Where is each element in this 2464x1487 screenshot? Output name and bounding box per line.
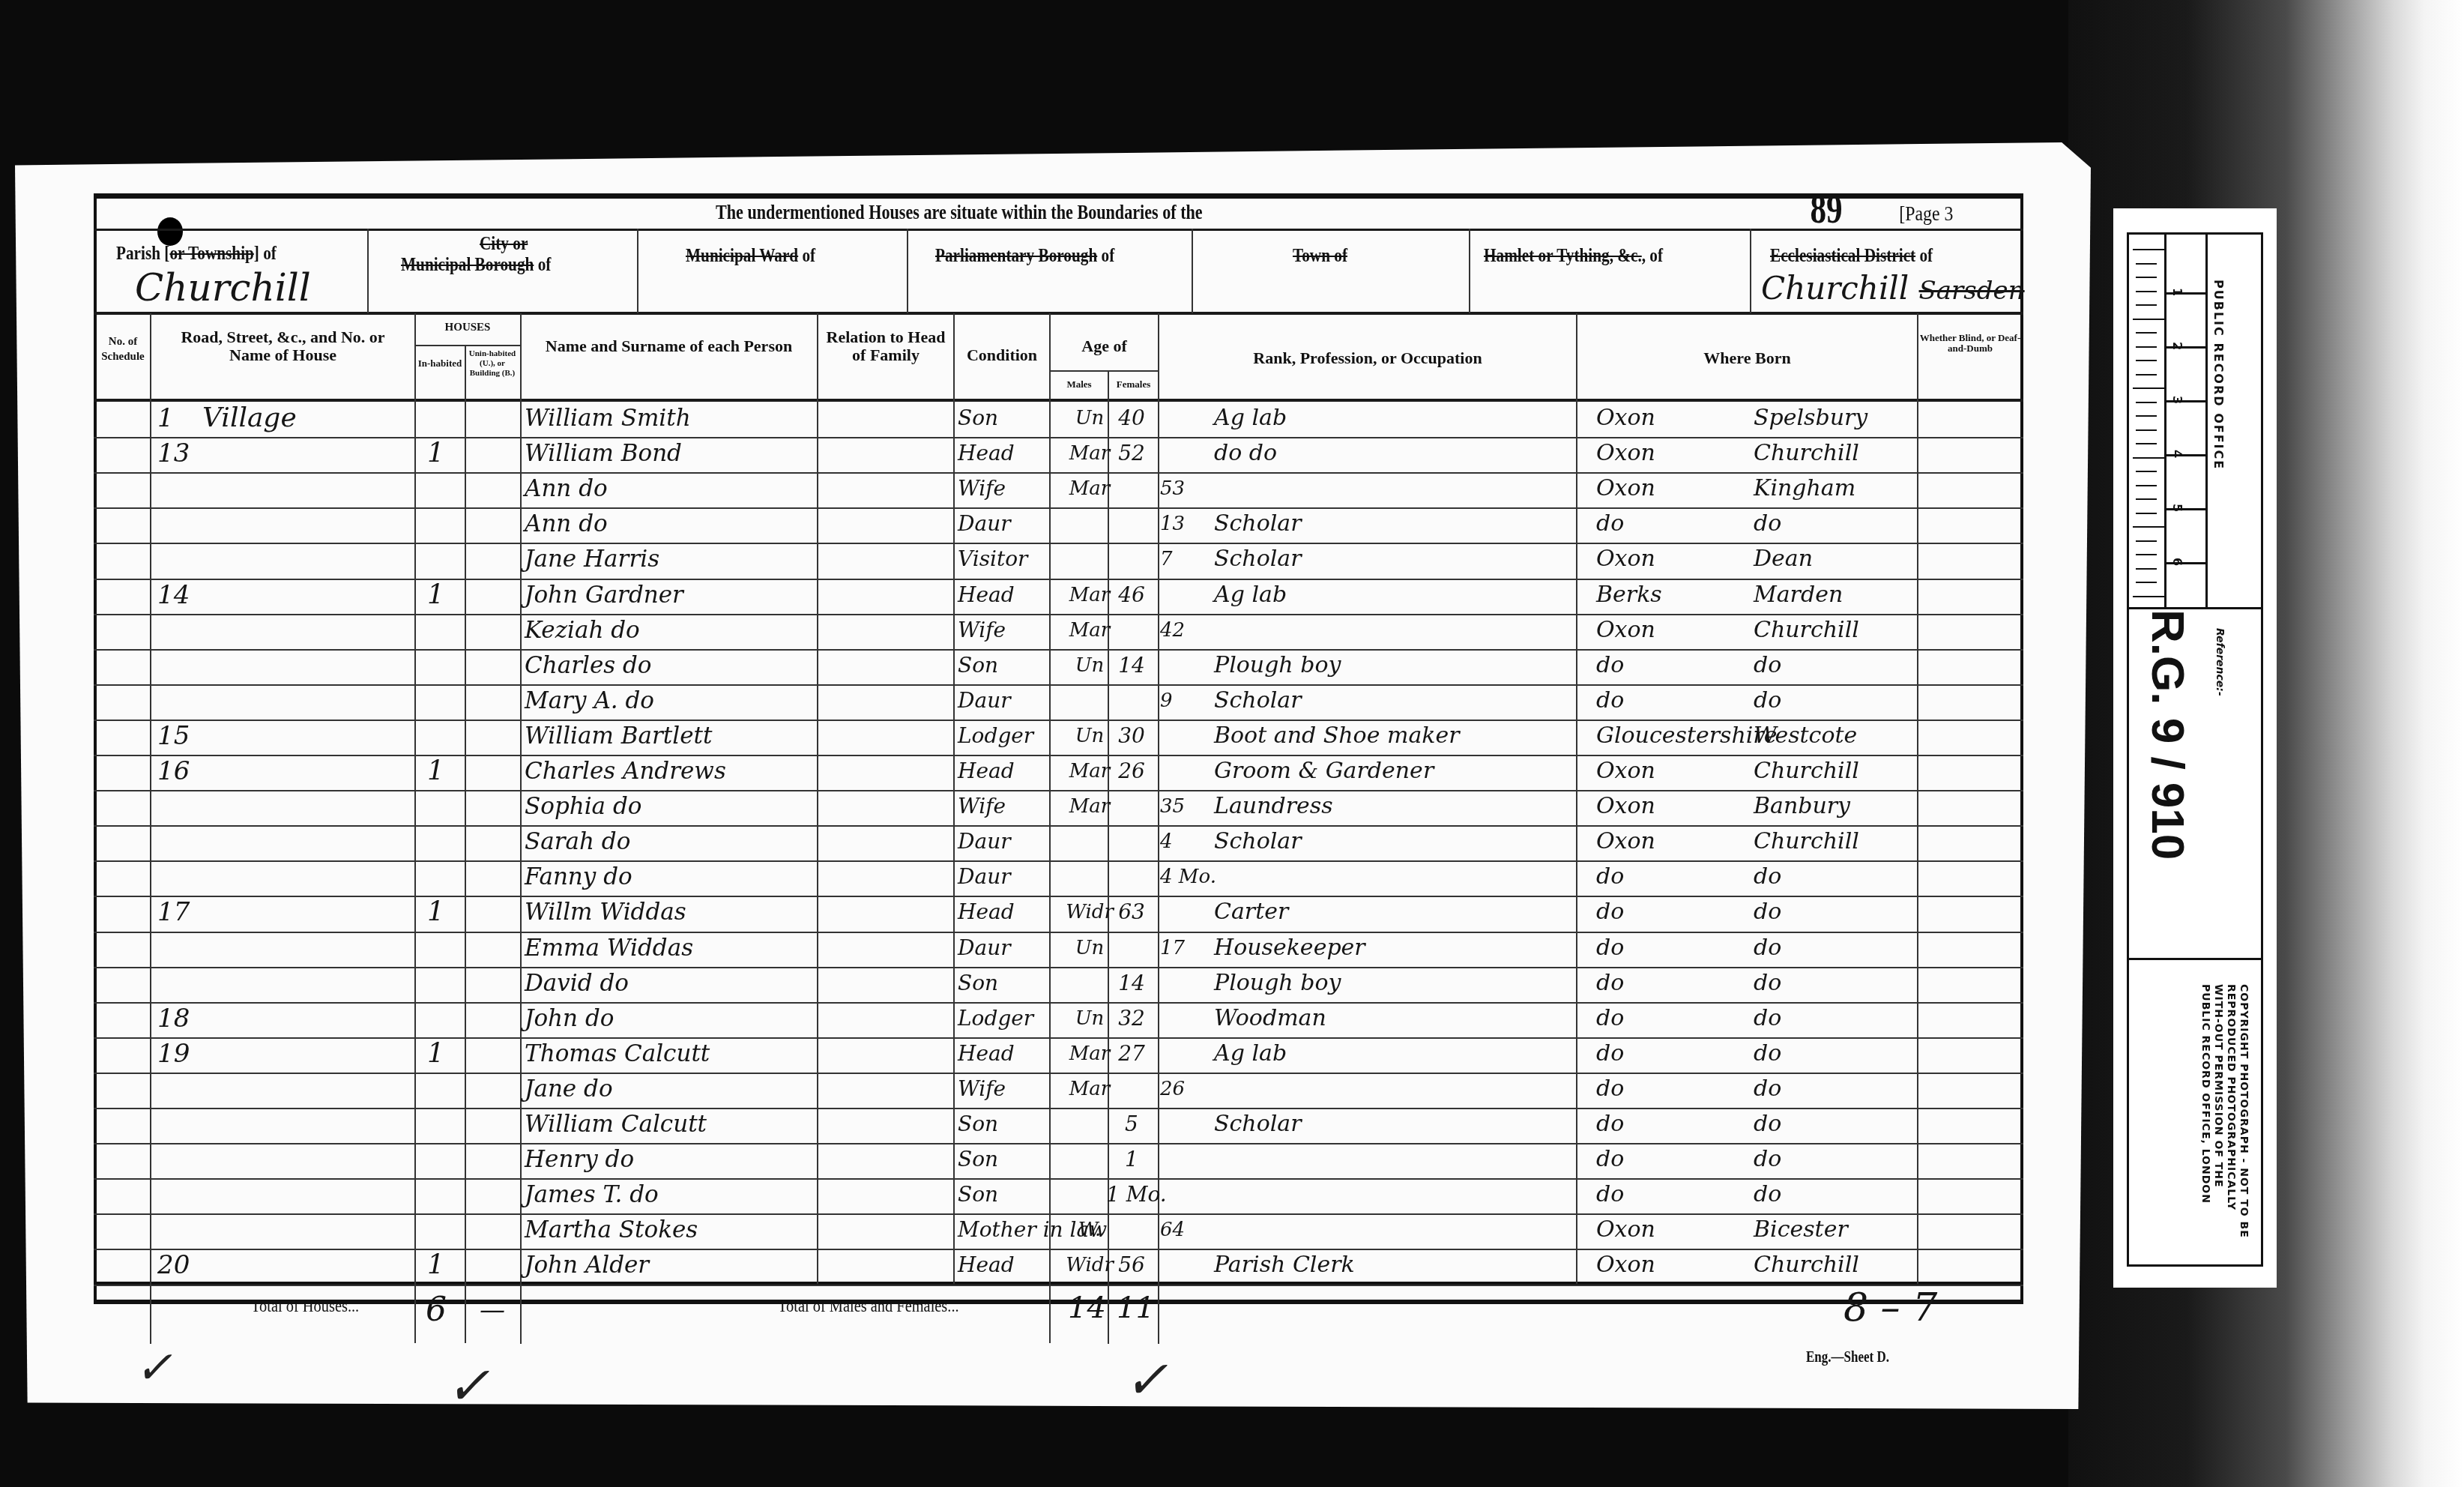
cell-occupation: Housekeeper — [1214, 932, 1566, 965]
cell-born-county: do — [1596, 684, 1754, 717]
cell-condition: Mar — [1052, 790, 1127, 823]
cell-relation: Lodger — [958, 720, 1051, 752]
cell-born-place: do — [1754, 1002, 1915, 1035]
cell-inhabited: 1 — [427, 579, 457, 612]
reference-label: Reference:- — [2214, 628, 2226, 696]
cell-schedule: 1 — [157, 402, 202, 435]
col-name: Name and Surname of each Person — [536, 337, 802, 355]
town-label: Town of — [1293, 246, 1347, 267]
cell-born-county: do — [1596, 1002, 1754, 1035]
divider — [465, 346, 466, 1343]
cell-name: Mary A. do — [525, 684, 817, 717]
cell-occupation: Scholar — [1214, 684, 1566, 717]
ruler-tick — [2136, 582, 2157, 583]
cell-born-county: Oxon — [1596, 437, 1754, 470]
cell-born-place: do — [1754, 1108, 1915, 1141]
cell-schedule: 15 — [157, 720, 202, 752]
divider — [1049, 1283, 1051, 1343]
cell-occupation: Scholar — [1214, 543, 1566, 576]
divider — [94, 229, 2023, 231]
cell-female-age: 42 — [1160, 614, 1213, 647]
cell-condition: W. — [1052, 1213, 1127, 1246]
cell-schedule: 16 — [157, 755, 202, 788]
cell-inhabited: 1 — [427, 437, 457, 470]
cell-born-place: do — [1754, 507, 1915, 540]
cell-relation: Daur — [958, 932, 1051, 965]
col-occupation: Rank, Profession, or Occupation — [1159, 349, 1576, 367]
cell-born-place: Banbury — [1754, 790, 1915, 823]
cell-born-place: do — [1754, 1178, 1915, 1211]
divider — [953, 313, 955, 1284]
cell-born-county: Oxon — [1596, 614, 1754, 647]
cell-relation: Son — [958, 1143, 1051, 1176]
cell-born-place: Kingham — [1754, 472, 1915, 505]
ruler-cm-mark — [2164, 454, 2208, 456]
cell-female-age: 4 Mo. — [1160, 860, 1213, 893]
cell-relation: Mother in law — [958, 1213, 1051, 1246]
cell-male-age: 30 — [1106, 720, 1157, 752]
cell-schedule: 20 — [157, 1249, 202, 1282]
cell-relation: Daur — [958, 684, 1051, 717]
cell-born-county: Oxon — [1596, 472, 1754, 505]
cell-name: Ann do — [525, 507, 817, 540]
parish-label: Parish [or Township] of — [116, 244, 277, 265]
divider — [1469, 229, 1470, 313]
archive-reference-strip: 123456 PUBLIC RECORD OFFICE Reference:- … — [2113, 208, 2277, 1288]
col-age: Age of — [1051, 337, 1158, 355]
ruler-tick — [2133, 319, 2164, 320]
cell-born-place: do — [1754, 860, 1915, 893]
cell-relation: Son — [958, 1108, 1051, 1141]
cell-female-age: 4 — [1160, 825, 1213, 858]
cell-inhabited: 1 — [427, 1037, 457, 1070]
cell-name: James T. do — [525, 1178, 817, 1211]
cell-name: Martha Stokes — [525, 1213, 817, 1246]
cell-born-county: do — [1596, 896, 1754, 929]
divider — [1750, 229, 1751, 313]
cell-schedule: 18 — [157, 1002, 202, 1035]
cell-born-county: do — [1596, 932, 1754, 965]
ruler-tick — [2136, 498, 2157, 500]
cell-born-county: Oxon — [1596, 1213, 1754, 1246]
ruler: 123456 — [2127, 232, 2263, 609]
col-males: Males — [1051, 379, 1108, 390]
divider — [1049, 370, 1158, 372]
cell-born-place: do — [1754, 932, 1915, 965]
cell-relation: Lodger — [958, 1002, 1051, 1035]
cell-inhabited: 1 — [427, 1249, 457, 1282]
divider — [367, 229, 369, 313]
cell-occupation: Laundress — [1214, 790, 1566, 823]
cell-born-county: Berks — [1596, 579, 1754, 612]
cell-name: Jane Harris — [525, 543, 817, 576]
cell-born-place: do — [1754, 896, 1915, 929]
ruler-tick — [2136, 513, 2157, 514]
cell-schedule: 17 — [157, 896, 202, 929]
cell-male-age: 26 — [1106, 755, 1157, 788]
cell-occupation: Plough boy — [1214, 649, 1566, 682]
hamlet-label: Hamlet or Tything, &c., of — [1484, 246, 1663, 267]
check-mark-icon: ✓ — [135, 1342, 172, 1394]
total-persons-label: Total of Males and Females... — [778, 1297, 959, 1317]
cell-relation: Head — [958, 1037, 1051, 1070]
ruler-cm-mark — [2164, 508, 2208, 510]
cell-relation: Daur — [958, 825, 1051, 858]
cell-female-age: 26 — [1160, 1073, 1213, 1106]
ruler-tick — [2136, 291, 2157, 292]
ruler-tick — [2133, 526, 2164, 528]
cell-name: John Gardner — [525, 579, 817, 612]
ruler-tick — [2133, 387, 2164, 389]
cell-occupation: Carter — [1214, 896, 1566, 929]
divider — [1192, 229, 1193, 313]
cell-name: William Bartlett — [525, 720, 817, 752]
cell-relation: Wife — [958, 614, 1051, 647]
cell-name: William Bond — [525, 437, 817, 470]
cell-born-place: do — [1754, 1073, 1915, 1106]
ruler-tick — [2136, 485, 2157, 486]
cell-relation: Visitor — [958, 543, 1051, 576]
cell-name: Emma Widdas — [525, 932, 817, 965]
cell-born-place: Churchill — [1754, 1249, 1915, 1282]
cell-born-county: do — [1596, 507, 1754, 540]
ruler-cm-mark — [2164, 292, 2208, 295]
cell-born-place: do — [1754, 967, 1915, 1000]
cell-relation: Wife — [958, 790, 1051, 823]
cell-name: Jane do — [525, 1073, 817, 1106]
cell-female-age: 9 — [1160, 684, 1213, 717]
cell-female-age: 53 — [1160, 472, 1213, 505]
cell-relation: Son — [958, 402, 1051, 435]
ruler-tick — [2136, 540, 2157, 542]
divider — [637, 229, 638, 313]
cell-condition: Mar — [1052, 472, 1127, 505]
ruler-tick — [2136, 568, 2157, 570]
divider — [1917, 313, 1918, 1284]
cell-relation: Daur — [958, 860, 1051, 893]
cell-born-place: do — [1754, 649, 1915, 682]
cell-male-age: 1 — [1106, 1143, 1157, 1176]
ruler-tick — [2136, 304, 2157, 306]
cell-born-place: Marden — [1754, 579, 1915, 612]
cell-female-age: 64 — [1160, 1213, 1213, 1246]
col-condition: Condition — [955, 346, 1049, 364]
cell-relation: Head — [958, 1249, 1051, 1282]
cell-male-age: 46 — [1106, 579, 1157, 612]
divider — [817, 313, 818, 1284]
cell-occupation: Scholar — [1214, 507, 1566, 540]
ruler-cm-mark — [2164, 400, 2208, 402]
ruler-tick — [2136, 415, 2157, 417]
cell-born-county: Gloucestershire — [1596, 720, 1754, 752]
cell-male-age: 14 — [1106, 649, 1157, 682]
cell-born-county: do — [1596, 1108, 1754, 1141]
cell-born-county: do — [1596, 649, 1754, 682]
cell-relation: Son — [958, 967, 1051, 1000]
cell-male-age: 14 — [1106, 967, 1157, 1000]
check-mark-icon: ✓ — [1124, 1349, 1168, 1411]
cell-occupation: Ag lab — [1214, 402, 1566, 435]
cell-male-age: 1 Mo. — [1106, 1178, 1157, 1211]
divider — [1576, 313, 1577, 1284]
cell-born-place: Churchill — [1754, 755, 1915, 788]
cell-female-age: 17 — [1160, 932, 1213, 965]
city-label: City or — [480, 234, 528, 255]
ruler-tick — [2136, 429, 2157, 431]
col-females: Females — [1109, 379, 1158, 390]
col-uninhabited: Unin-habited (U.), or Building (B.) — [466, 349, 519, 378]
col-inhabited: In-habited — [417, 358, 463, 369]
cell-road: Village — [202, 402, 412, 435]
cell-relation: Head — [958, 437, 1051, 470]
cell-male-age: 56 — [1106, 1249, 1157, 1282]
parliamentary-borough-label: Parliamentary Borough of — [935, 246, 1114, 267]
cell-male-age: 5 — [1106, 1108, 1157, 1141]
cell-born-place: Churchill — [1754, 437, 1915, 470]
ruler-cm-mark — [2164, 562, 2208, 564]
cell-schedule: 13 — [157, 437, 202, 470]
cell-name: Thomas Calcutt — [525, 1037, 817, 1070]
ruler-tick — [2133, 457, 2164, 459]
divider — [414, 345, 520, 346]
cell-female-age: 35 — [1160, 790, 1213, 823]
cell-occupation: Plough boy — [1214, 967, 1566, 1000]
cell-occupation: Scholar — [1214, 825, 1566, 858]
reference-number: R.G. 9 / 910 — [2141, 609, 2194, 860]
cell-relation: Wife — [958, 1073, 1051, 1106]
ruler-tick — [2133, 596, 2164, 597]
cell-born-county: do — [1596, 860, 1754, 893]
cell-born-place: Westcote — [1754, 720, 1915, 752]
total-houses-label: Total of Houses... — [251, 1297, 359, 1317]
cell-born-county: do — [1596, 1143, 1754, 1176]
cell-male-age: 32 — [1106, 1002, 1157, 1035]
cell-schedule: 14 — [157, 579, 202, 612]
cell-born-county: do — [1596, 1073, 1754, 1106]
cell-occupation: Woodman — [1214, 1002, 1566, 1035]
cell-relation: Son — [958, 1178, 1051, 1211]
cell-name: Charles do — [525, 649, 817, 682]
cell-name: John do — [525, 1002, 817, 1035]
cell-female-age: 13 — [1160, 507, 1213, 540]
cell-born-county: Oxon — [1596, 790, 1754, 823]
col-blind: Whether Blind, or Deaf-and-Dumb — [1918, 333, 2022, 354]
cell-born-place: do — [1754, 684, 1915, 717]
margin-tally: 8 – 7 — [1844, 1285, 1937, 1330]
col-schedule: No. of Schedule — [97, 334, 148, 364]
cell-name: Sarah do — [525, 825, 817, 858]
ruler-tick — [2136, 374, 2157, 375]
cell-condition: Mar — [1052, 614, 1127, 647]
cell-born-county: Oxon — [1596, 402, 1754, 435]
col-relation: Relation to Head of Family — [818, 328, 953, 364]
divider — [2127, 958, 2263, 960]
col-where-born: Where Born — [1577, 349, 1917, 367]
cell-name: William Calcutt — [525, 1108, 817, 1141]
cell-relation: Wife — [958, 472, 1051, 505]
cell-relation: Head — [958, 579, 1051, 612]
cell-occupation: Parish Clerk — [1214, 1249, 1566, 1282]
cell-born-county: do — [1596, 967, 1754, 1000]
cell-inhabited: 1 — [427, 755, 457, 788]
cell-born-place: do — [1754, 1143, 1915, 1176]
cell-name: Fanny do — [525, 860, 817, 893]
check-mark-icon: ✓ — [446, 1355, 490, 1417]
total-inhabited: 6 — [426, 1291, 447, 1329]
cell-condition: Un — [1052, 932, 1127, 965]
ruler-tick — [2136, 471, 2157, 472]
cell-male-age: 27 — [1106, 1037, 1157, 1070]
record-office-label: PUBLIC RECORD OFFICE — [2211, 280, 2226, 470]
municipal-borough-label: Municipal Borough of — [401, 255, 551, 276]
ruler-tick — [2136, 443, 2157, 444]
cell-born-place: Bicester — [1754, 1213, 1915, 1246]
cell-male-age: 52 — [1106, 437, 1157, 470]
cell-inhabited: 1 — [427, 896, 457, 929]
col-road: Road, Street, &c., and No. or Name of Ho… — [161, 328, 405, 364]
cell-occupation: Groom & Gardener — [1214, 755, 1566, 788]
cell-name: Charles Andrews — [525, 755, 817, 788]
cell-name: John Alder — [525, 1249, 817, 1282]
cell-occupation: Boot and Shoe maker — [1214, 720, 1566, 752]
cell-occupation: Ag lab — [1214, 579, 1566, 612]
cell-male-age: 63 — [1106, 896, 1157, 929]
cell-female-age: 7 — [1160, 543, 1213, 576]
divider — [414, 1283, 416, 1343]
ruler-tick — [2136, 277, 2157, 278]
ruler-tick — [2136, 554, 2157, 555]
cell-born-county: do — [1596, 1178, 1754, 1211]
municipal-ward-label: Municipal Ward of — [686, 246, 815, 267]
cell-condition: Mar — [1052, 1073, 1127, 1106]
parish-value: Churchill — [135, 266, 311, 310]
ruler-line — [2205, 232, 2208, 607]
divider — [414, 313, 416, 1284]
cell-name: Henry do — [525, 1143, 817, 1176]
ruler-tick — [2136, 263, 2157, 265]
ruler-line — [2164, 232, 2166, 607]
cell-name: William Smith — [525, 402, 817, 435]
cell-name: Ann do — [525, 472, 817, 505]
cell-born-county: Oxon — [1596, 825, 1754, 858]
ruler-tick — [2136, 332, 2157, 334]
cell-occupation: do do — [1214, 437, 1566, 470]
cell-born-place: Churchill — [1754, 825, 1915, 858]
total-uninhabited: — — [480, 1295, 505, 1325]
ecclesiastical-district-value: Churchill Sarsden — [1761, 270, 2025, 307]
cell-born-place: Spelsbury — [1754, 402, 1915, 435]
cell-relation: Son — [958, 649, 1051, 682]
ecclesiastical-district-label: Ecclesiastical District of — [1770, 246, 1933, 267]
cell-relation: Head — [958, 755, 1051, 788]
cell-born-county: Oxon — [1596, 543, 1754, 576]
cell-born-place: Churchill — [1754, 614, 1915, 647]
cell-born-county: do — [1596, 1037, 1754, 1070]
sheet-label: Eng.—Sheet D. — [1806, 1349, 1889, 1366]
total-males: 14 — [1068, 1291, 1106, 1325]
divider — [150, 313, 151, 1344]
cell-occupation: Ag lab — [1214, 1037, 1566, 1070]
divider — [907, 229, 908, 313]
cell-born-county: Oxon — [1596, 1249, 1754, 1282]
cell-name: Keziah do — [525, 614, 817, 647]
cell-schedule: 19 — [157, 1037, 202, 1070]
cell-relation: Head — [958, 896, 1051, 929]
total-females: 11 — [1117, 1291, 1155, 1325]
cell-occupation: Scholar — [1214, 1108, 1566, 1141]
copyright-notice: COPYRIGHT PHOTOGRAPH - NOT TO BE REPRODU… — [2199, 984, 2250, 1239]
cell-name: Willm Widdas — [525, 896, 817, 929]
col-houses: HOUSES — [417, 322, 519, 333]
ruler-tick — [2133, 249, 2164, 250]
divider — [94, 312, 2023, 315]
cell-born-place: do — [1754, 1037, 1915, 1070]
row-divider — [94, 1285, 2023, 1286]
cell-born-place: Dean — [1754, 543, 1915, 576]
ruler-tick — [2136, 402, 2157, 403]
cell-born-county: Oxon — [1596, 755, 1754, 788]
ruler-tick — [2136, 346, 2157, 348]
ruler-tick — [2136, 360, 2157, 361]
ruler-cm-mark — [2164, 346, 2208, 349]
divider — [520, 313, 522, 1344]
cell-name: Sophia do — [525, 790, 817, 823]
cell-relation: Daur — [958, 507, 1051, 540]
cell-male-age: 40 — [1106, 402, 1157, 435]
cell-name: David do — [525, 967, 817, 1000]
